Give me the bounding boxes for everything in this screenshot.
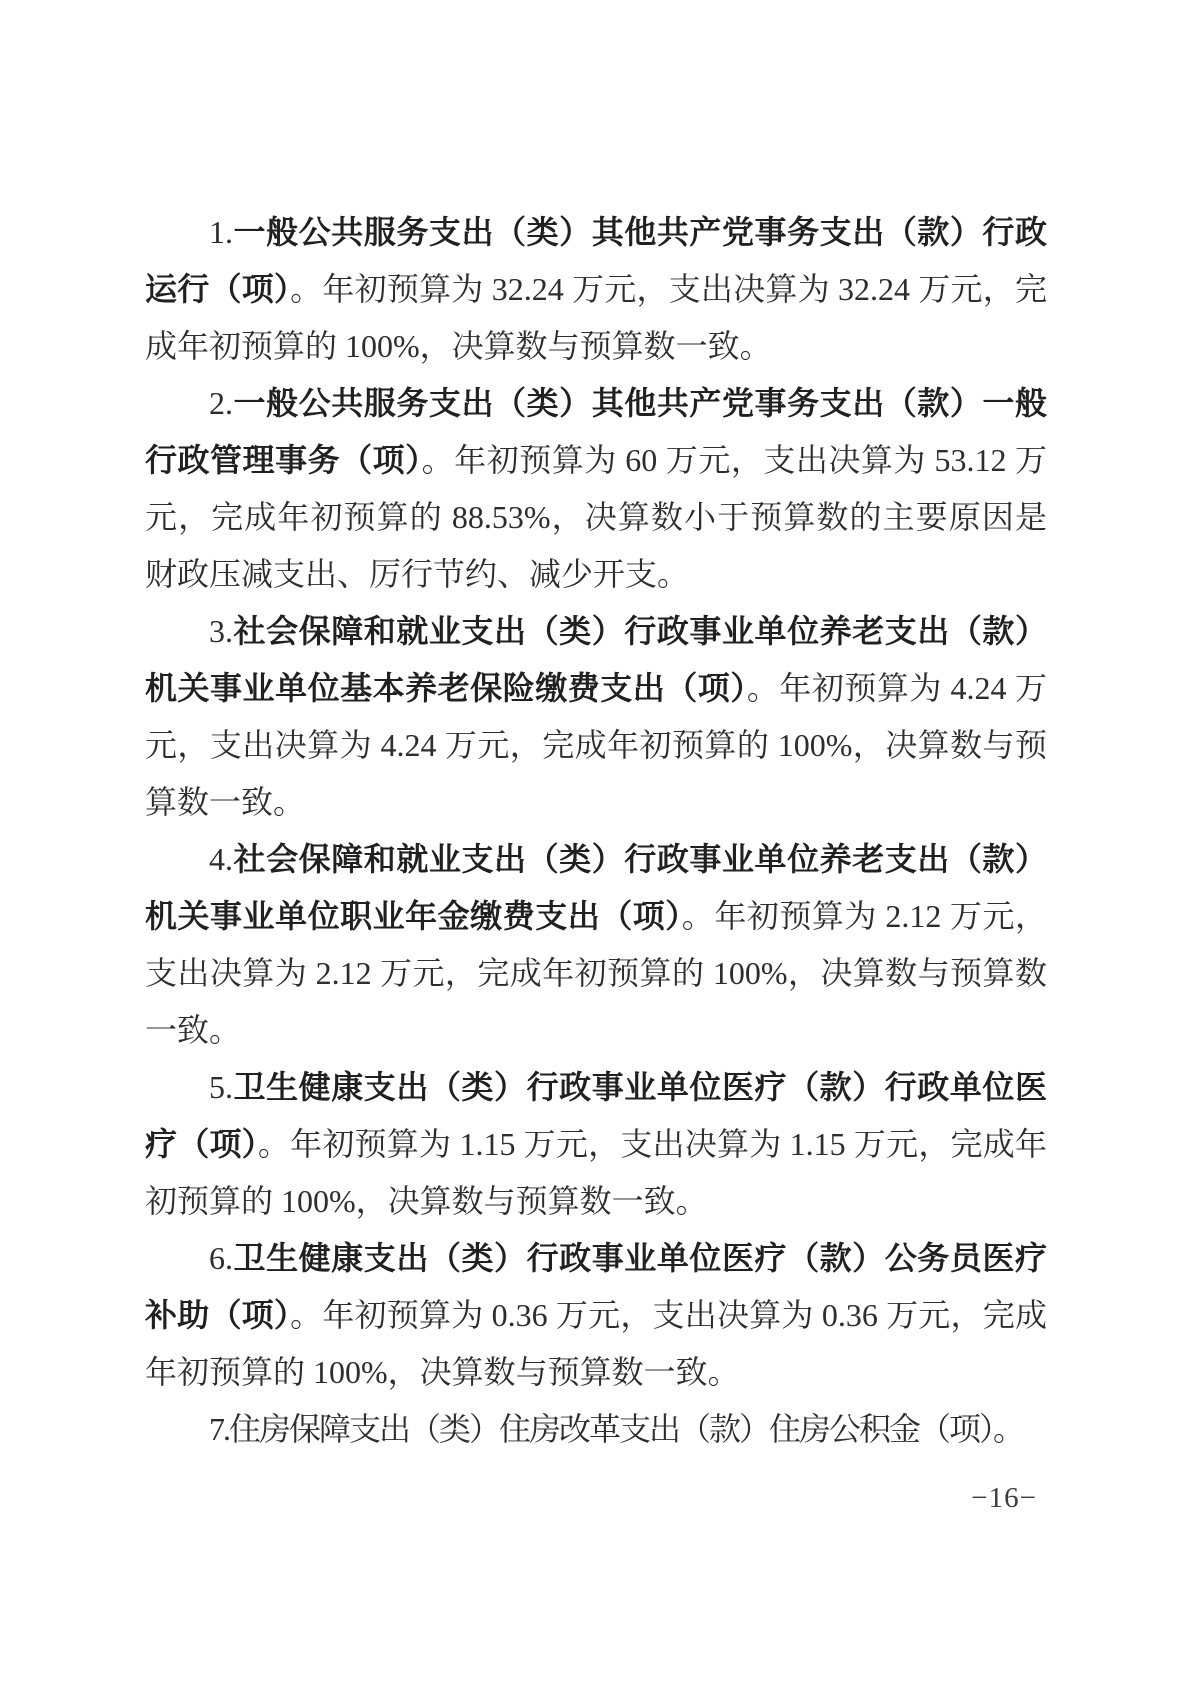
paragraph-number: 1.: [209, 214, 233, 250]
budget-item-paragraph-1: 1.一般公共服务支出（类）其他共产党事务支出（款）行政运行（项）。年初预算为 3…: [145, 204, 1047, 375]
paragraph-number: 4.: [209, 841, 233, 877]
budget-item-paragraph-5: 5.卫生健康支出（类）行政事业单位医疗（款）行政单位医疗（项）。年初预算为 1.…: [145, 1059, 1047, 1230]
budget-item-paragraph-6: 6.卫生健康支出（类）行政事业单位医疗（款）公务员医疗补助（项）。年初预算为 0…: [145, 1230, 1047, 1401]
paragraph-number: 2.: [209, 385, 233, 421]
budget-item-paragraph-2: 2.一般公共服务支出（类）其他共产党事务支出（款）一般行政管理事务（项）。年初预…: [145, 375, 1047, 603]
budget-item-paragraph-3: 3.社会保障和就业支出（类）行政事业单位养老支出（款）机关事业单位基本养老保险缴…: [145, 603, 1047, 831]
page-content: 1.一般公共服务支出（类）其他共产党事务支出（款）行政运行（项）。年初预算为 3…: [145, 204, 1047, 1458]
budget-item-paragraph-4: 4.社会保障和就业支出（类）行政事业单位养老支出（款）机关事业单位职业年金缴费支…: [145, 831, 1047, 1059]
paragraph-number: 3.: [209, 613, 233, 649]
paragraph-body: 。年初预算为 1.15 万元，支出决算为 1.15 万元，完成年初预算的 100…: [145, 1126, 1047, 1219]
paragraph-number: 6.: [209, 1240, 233, 1276]
paragraph-body: 住房保障支出（类）住房改革支出（款）住房公积金（项）。: [229, 1411, 1023, 1447]
paragraph-number: 5.: [209, 1069, 233, 1105]
page-number: −16−: [145, 1482, 1037, 1515]
budget-item-paragraph-7: 7.住房保障支出（类）住房改革支出（款）住房公积金（项）。: [145, 1401, 1047, 1458]
document-page: 1.一般公共服务支出（类）其他共产党事务支出（款）行政运行（项）。年初预算为 3…: [0, 0, 1190, 1683]
paragraph-number: 7.: [209, 1411, 229, 1447]
